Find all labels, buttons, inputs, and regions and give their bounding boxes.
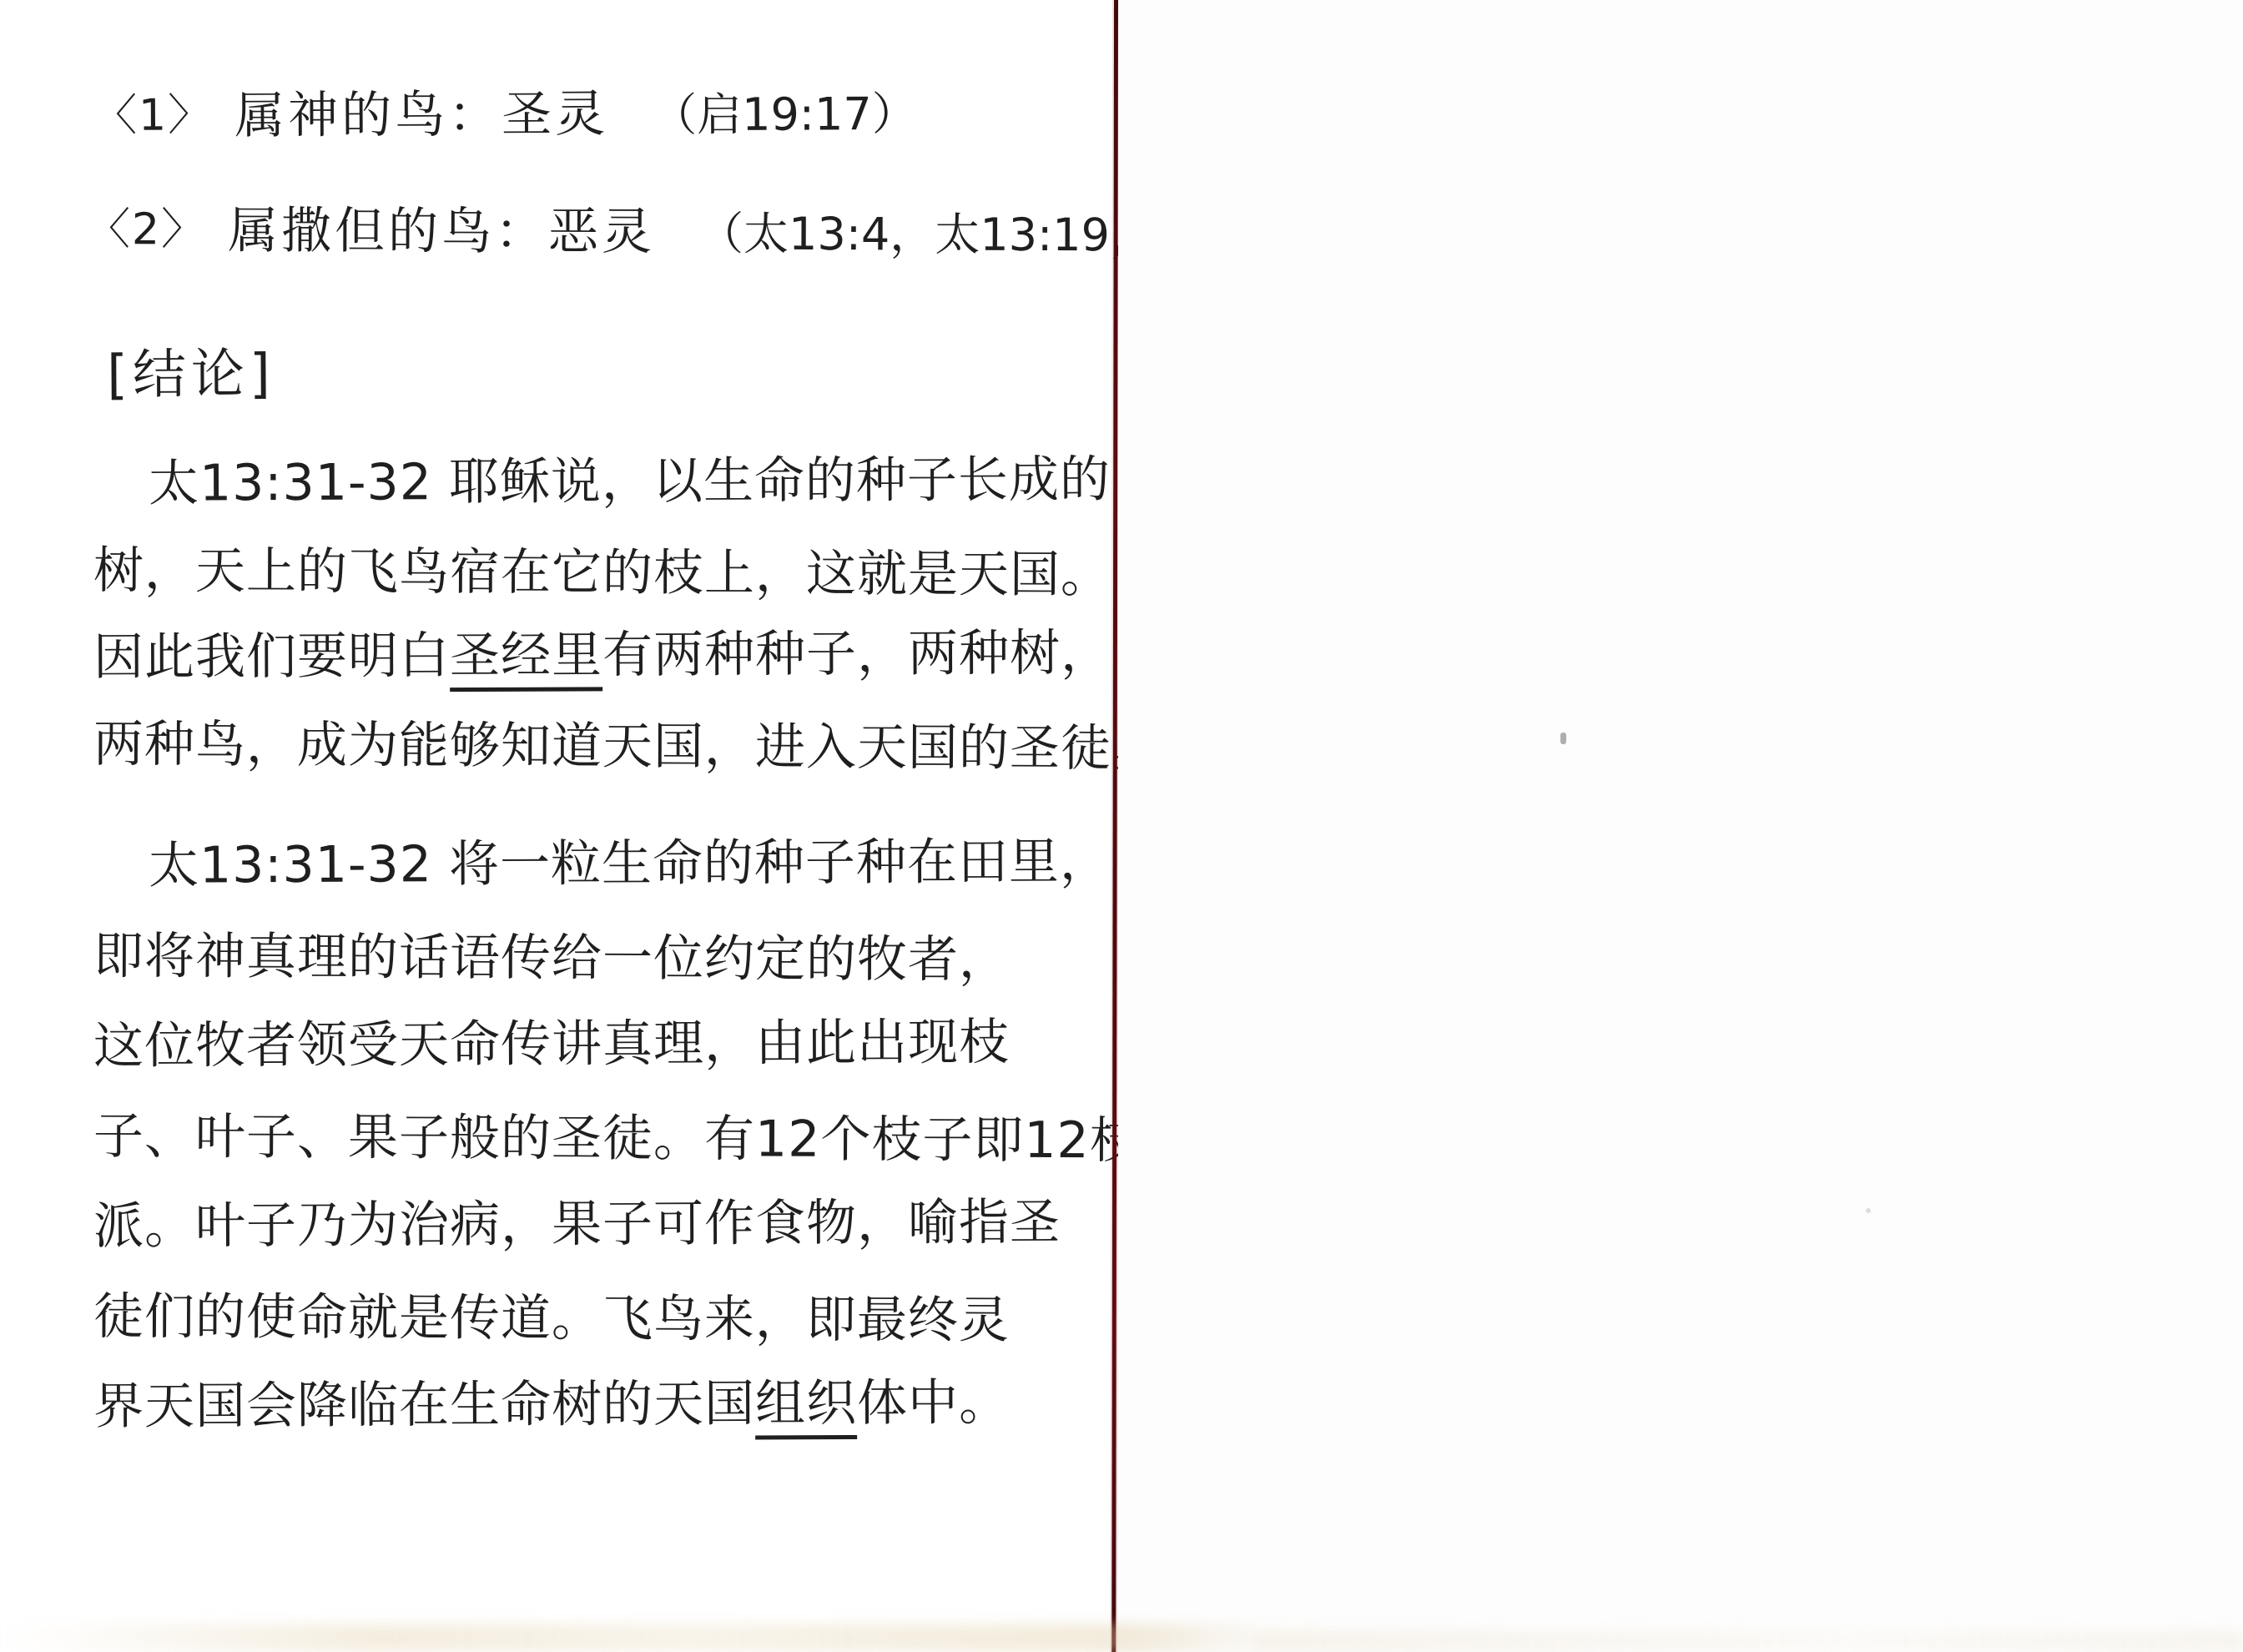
underlined-phrase: 组织	[755, 1374, 857, 1440]
body-line: 太13:31-32 将一粒生命的种子种在田里，	[93, 817, 1141, 911]
body-line: 徒们的使命就是传道。飞鸟来，即最终灵	[93, 1272, 1141, 1366]
body-line: 派。叶子乃为治病，果子可作食物，喻指圣	[93, 1177, 1141, 1272]
scan-edge-shadow	[1252, 1630, 2243, 1652]
scanned-notebook-page: 〈1〉属神的鸟：圣灵（启19:17） 〈2〉属撒但的鸟：恶灵（太13:4，太13…	[0, 0, 2243, 1652]
scan-speck	[1560, 733, 1566, 744]
body-line-segment: 界天国会降临在生命树的天国	[93, 1375, 755, 1436]
body-line: 界天国会降临在生命树的天国组织体中。	[93, 1357, 1141, 1452]
list-marker-1: 〈1〉	[93, 79, 213, 143]
body-line: 即将神真理的话语传给一位约定的牧者，	[93, 911, 1141, 1005]
paragraph-2: 太13:31-32 将一粒生命的种子种在田里， 即将神真理的话语传给一位约定的牧…	[93, 821, 1141, 1452]
right-blank-page	[1118, 0, 2243, 1652]
body-line: 子、叶子、果子般的圣徒。有12个枝子即12枝	[93, 1091, 1141, 1186]
body-line-segment: 有两种种子，两种树，	[602, 624, 1111, 685]
left-page: 〈1〉属神的鸟：圣灵（启19:17） 〈2〉属撒但的鸟：恶灵（太13:4，太13…	[0, 0, 1115, 1652]
scan-edge-shadow	[0, 1624, 1252, 1652]
body-line: 太13:31-32 耶稣说，以生命的种子长成的	[93, 436, 1162, 527]
book-fold-line	[1111, 0, 1118, 1652]
body-line-segment: 体中。	[857, 1373, 1010, 1433]
body-line: 树，天上的飞鸟宿在它的枝上，这就是天国。	[93, 527, 1162, 619]
conclusion-header: [结论]	[107, 331, 276, 409]
underlined-phrase: 圣经里	[450, 626, 602, 692]
scripture-ref-1: （启19:17）	[652, 78, 917, 144]
list-label-1: 属神的鸟：圣灵	[234, 74, 608, 148]
body-line: 因此我们要明白圣经里有两种种子，两种树，	[93, 609, 1162, 701]
list-marker-2: 〈2〉	[87, 194, 206, 256]
list-label-2: 属撒但的鸟：恶灵	[228, 191, 655, 264]
body-line: 两种鸟，成为能够知道天国，进入天国的圣徒。	[93, 701, 1162, 793]
body-line: 这位牧者领受天命传讲真理，由此出现枝	[93, 997, 1141, 1091]
paragraph-1: 太13:31-32 耶稣说，以生命的种子长成的 树，天上的飞鸟宿在它的枝上，这就…	[93, 441, 1162, 788]
scan-speck	[1866, 1208, 1871, 1213]
body-line-segment: 因此我们要明白	[93, 627, 450, 687]
list-item-1: 〈1〉属神的鸟：圣灵（启19:17）	[93, 73, 917, 149]
